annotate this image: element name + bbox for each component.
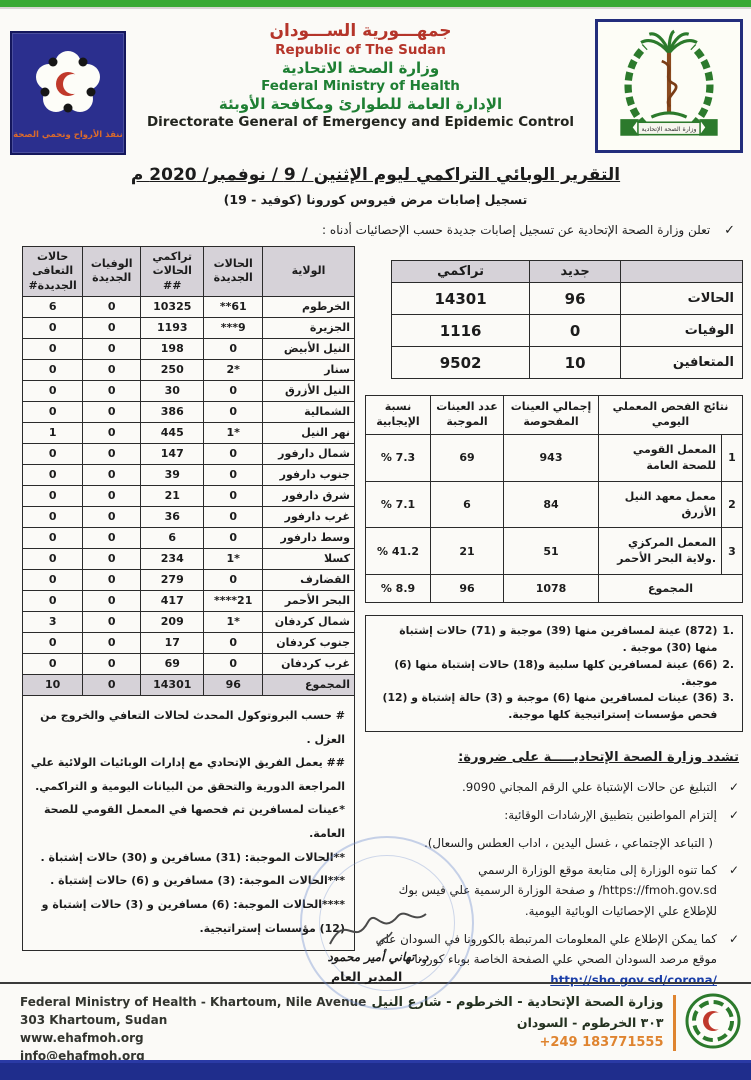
state-cumulative-cases: 209 — [141, 611, 204, 632]
state-new-cases: ****21 — [204, 590, 263, 611]
lab-positive-samples: 6 — [431, 481, 504, 528]
footer-right-group: وزارة الصحة الإتحادية - الخرطوم - شارع ا… — [371, 993, 741, 1063]
state-name: سنار — [263, 359, 355, 380]
state-new-recovered: 0 — [23, 548, 83, 569]
state-new-cases: 1* — [204, 422, 263, 443]
state-cumulative-cases: 69 — [141, 653, 204, 674]
state-cumulative-cases: 147 — [141, 443, 204, 464]
state-new-deaths: 0 — [83, 317, 141, 338]
advisory-text: التبليغ عن حالات الإشتباة علي الرقم المج… — [462, 777, 717, 798]
state-new-recovered: 0 — [23, 401, 83, 422]
states-col-cumulative-cases: تراكمي الحالات ## — [141, 247, 204, 297]
state-row: النيل الأبيض 0 198 0 0 — [23, 338, 355, 359]
summary-column: جديد تراكمي الحالات 96 14301 الوف — [365, 246, 743, 998]
state-row: نهر النيل 1* 445 0 1 — [23, 422, 355, 443]
state-row: الجزيرة ***9 1193 0 0 — [23, 317, 355, 338]
state-new-deaths: 0 — [83, 548, 141, 569]
state-name: غرب دارفور — [263, 506, 355, 527]
states-total-deaths: 0 — [83, 674, 141, 695]
state-cumulative-cases: 250 — [141, 359, 204, 380]
footnote-line: **الحالات الموجبة: (31) مسافرين و (30) ح… — [29, 846, 345, 870]
state-row: سنار 2* 250 0 0 — [23, 359, 355, 380]
lab-col-total-samples: إجمالي العينات المفحوصة — [504, 396, 599, 435]
state-new-recovered: 0 — [23, 590, 83, 611]
state-name: الخرطوم — [263, 296, 355, 317]
states-total-new: 96 — [204, 674, 263, 695]
state-new-deaths: 0 — [83, 422, 141, 443]
state-new-deaths: 0 — [83, 338, 141, 359]
report-title: التقرير الوبائي التراكمي ليوم الإثنين / … — [0, 165, 751, 185]
red-crescent-logo: ننقذ الأرواح ونحمي الصحة — [10, 31, 126, 155]
directorate-name-arabic: الإدارة العامة للطوارئ ومكافحة الأوبئة — [126, 95, 595, 114]
state-new-recovered: 0 — [23, 317, 83, 338]
footnote-line: ***الحالات الموجبة: (3) مسافرين و (6) حا… — [29, 869, 345, 893]
state-cumulative-cases: 1193 — [141, 317, 204, 338]
footnote-line: # حسب البروتوكول المحدث لحالات التعافي و… — [29, 704, 345, 751]
report-body: جديد تراكمي الحالات 96 14301 الوف — [0, 242, 751, 998]
state-new-deaths: 0 — [83, 401, 141, 422]
state-row: غرب كردفان 0 69 0 0 — [23, 653, 355, 674]
emblem-banner-text: وزارة الصحة الإتحادية — [642, 126, 697, 133]
country-name-arabic: جمهـــورية الســـودان — [126, 21, 595, 42]
state-new-recovered: 0 — [23, 569, 83, 590]
states-col-new-deaths: الوفيات الجديدة — [83, 247, 141, 297]
states-total-row: المجموع 96 14301 0 10 — [23, 674, 355, 695]
lab-notes-box: 1. (872) عينة لمسافرين منها (39) موجبة و… — [365, 615, 743, 731]
state-new-recovered: 0 — [23, 653, 83, 674]
directorate-name-english: Directorate General of Emergency and Epi… — [126, 114, 595, 131]
crescent-flower-icon — [29, 46, 107, 128]
state-new-cases: 0 — [204, 569, 263, 590]
lab-row: 3 المعمل المركزي .ولاية البحر الأحمر 51 … — [366, 528, 743, 575]
state-cumulative-cases: 279 — [141, 569, 204, 590]
state-row: شمال دارفور 0 147 0 0 — [23, 443, 355, 464]
state-new-cases: ***9 — [204, 317, 263, 338]
lab-name: المعمل المركزي .ولاية البحر الأحمر — [599, 528, 722, 575]
states-table: الولاية الحالات الجديدة تراكمي الحالات #… — [22, 246, 355, 696]
summary-cumulative-value: 1116 — [392, 315, 530, 347]
lab-total-samples: 84 — [504, 481, 599, 528]
lab-total-label: المجموع — [599, 575, 743, 603]
advisory-text: إلتزام المواطنين بتطبيق الإرشادات الوقائ… — [504, 805, 717, 826]
advisory-item: ✓ التبليغ عن حالات الإشتباة علي الرقم ال… — [365, 777, 739, 798]
state-cumulative-cases: 6 — [141, 527, 204, 548]
state-new-recovered: 3 — [23, 611, 83, 632]
ministry-emblem-footer-icon — [685, 993, 741, 1049]
lab-positive-samples: 69 — [431, 434, 504, 481]
state-row: وسط دارفور 0 6 0 0 — [23, 527, 355, 548]
footer-en-line: Federal Ministry of Health - Khartoum, N… — [20, 993, 366, 1011]
footer-ar-line2: ٣٠٣ الخرطوم - السودان — [371, 1013, 663, 1032]
lab-note-text: (66) عينة لمسافرين كلها سلبية و(18) حالا… — [374, 657, 717, 690]
lab-note-text: (872) عينة لمسافرين منها (39) موجبة و (7… — [374, 623, 717, 656]
footer-en-line: www.ehafmoh.org — [20, 1029, 366, 1047]
state-cumulative-cases: 445 — [141, 422, 204, 443]
state-name: كسلا — [263, 548, 355, 569]
lab-col-positivity-rate: نسبة الإيجابية — [366, 396, 431, 435]
advisory-heading: تشدد وزارة الصحة الإتحاديـــــة على ضرور… — [365, 750, 739, 765]
state-new-deaths: 0 — [83, 464, 141, 485]
state-cumulative-cases: 417 — [141, 590, 204, 611]
state-new-cases: 0 — [204, 485, 263, 506]
announcement-line: ✓ تعلن وزارة الصحة الإتحادية عن تسجيل إص… — [0, 223, 735, 238]
summary-col-new: جديد — [530, 261, 621, 283]
state-name: غرب كردفان — [263, 653, 355, 674]
lab-row: 2 معمل معهد النيل الأزرق 84 6 % 7.1 — [366, 481, 743, 528]
lab-results-table: نتائج الفحص المعملي اليومي إجمالي العينا… — [365, 395, 743, 603]
state-new-deaths: 0 — [83, 590, 141, 611]
lab-col-positive-samples: عدد العينات الموجبة — [431, 396, 504, 435]
checkmark-icon: ✓ — [724, 223, 735, 238]
lab-note-number: 1. — [722, 623, 734, 656]
footnote-line: ## يعمل الفريق الإتحادي مع إدارات الوبائ… — [29, 751, 345, 798]
summary-col-cumulative: تراكمي — [392, 261, 530, 283]
state-new-recovered: 0 — [23, 380, 83, 401]
lab-table-title: نتائج الفحص المعملي اليومي — [599, 396, 743, 435]
state-cumulative-cases: 21 — [141, 485, 204, 506]
states-col-state: الولاية — [263, 247, 355, 297]
state-row: جنوب كردفان 0 17 0 0 — [23, 632, 355, 653]
ministry-emblem: وزارة الصحة الإتحادية — [595, 19, 743, 153]
report-title-block: التقرير الوبائي التراكمي ليوم الإثنين / … — [0, 165, 751, 207]
state-cumulative-cases: 386 — [141, 401, 204, 422]
state-new-cases: 0 — [204, 632, 263, 653]
summary-new-value: 0 — [530, 315, 621, 347]
lab-total-positive-total: 96 — [431, 575, 504, 603]
lab-total-samples: 943 — [504, 434, 599, 481]
state-row: الشمالية 0 386 0 0 — [23, 401, 355, 422]
state-new-deaths: 0 — [83, 611, 141, 632]
state-name: الجزيرة — [263, 317, 355, 338]
state-new-recovered: 0 — [23, 443, 83, 464]
lab-note: 1. (872) عينة لمسافرين منها (39) موجبة و… — [374, 623, 734, 656]
state-name: جنوب كردفان — [263, 632, 355, 653]
summary-row-label: الحالات — [621, 283, 743, 315]
signatory-role: المدير العام — [331, 969, 402, 984]
state-name: شمال دارفور — [263, 443, 355, 464]
summary-row: المتعافين 10 9502 — [392, 347, 743, 379]
state-new-deaths: 0 — [83, 527, 141, 548]
state-row: شرق دارفور 0 21 0 0 — [23, 485, 355, 506]
state-new-cases: **61 — [204, 296, 263, 317]
state-new-cases: 2* — [204, 359, 263, 380]
lab-total-samples-total: 1078 — [504, 575, 599, 603]
state-new-recovered: 0 — [23, 527, 83, 548]
summary-row-label: المتعافين — [621, 347, 743, 379]
state-new-deaths: 0 — [83, 485, 141, 506]
checkmark-icon: ✓ — [729, 777, 739, 798]
lab-positivity-rate: % 7.3 — [366, 434, 431, 481]
state-cumulative-cases: 17 — [141, 632, 204, 653]
summary-row: الحالات 96 14301 — [392, 283, 743, 315]
state-new-cases: 0 — [204, 401, 263, 422]
state-name: جنوب دارفور — [263, 464, 355, 485]
state-cumulative-cases: 10325 — [141, 296, 204, 317]
state-name: القضارف — [263, 569, 355, 590]
report-subtitle: تسجيل إصابات مرض فيروس كورونا (كوفيد - 1… — [0, 192, 751, 207]
lab-total-samples: 51 — [504, 528, 599, 575]
summary-table: جديد تراكمي الحالات 96 14301 الوف — [391, 260, 743, 379]
state-new-recovered: 1 — [23, 422, 83, 443]
checkmark-icon: ✓ — [729, 805, 739, 826]
footer-en-line: 303 Khartoum, Sudan — [20, 1011, 366, 1029]
state-new-deaths: 0 — [83, 380, 141, 401]
states-total-recovered: 10 — [23, 674, 83, 695]
bottom-blue-bar — [0, 1060, 751, 1080]
logo-slogan: ننقذ الأرواح ونحمي الصحة — [13, 130, 123, 140]
lab-total-rate: % 8.9 — [366, 575, 431, 603]
summary-new-value: 10 — [530, 347, 621, 379]
lab-name: معمل معهد النيل الأزرق — [599, 481, 722, 528]
summary-cumulative-value: 9502 — [392, 347, 530, 379]
footer-address-arabic: وزارة الصحة الإتحادية - الخرطوم - شارع ا… — [371, 993, 663, 1053]
lab-note: 2. (66) عينة لمسافرين كلها سلبية و(18) ح… — [374, 657, 734, 690]
state-new-recovered: 0 — [23, 338, 83, 359]
state-new-deaths: 0 — [83, 506, 141, 527]
states-col-new-recovered: حالات التعافى الجديدة# — [23, 247, 83, 297]
state-new-deaths: 0 — [83, 443, 141, 464]
state-new-deaths: 0 — [83, 632, 141, 653]
state-name: نهر النيل — [263, 422, 355, 443]
announcement-text: تعلن وزارة الصحة الإتحادية عن تسجيل إصاب… — [322, 223, 710, 237]
state-new-recovered: 0 — [23, 506, 83, 527]
lab-note-number: 3. — [722, 690, 734, 723]
state-new-deaths: 0 — [83, 569, 141, 590]
lab-row: 1 المعمل القومي للصحة العامة 943 69 % 7.… — [366, 434, 743, 481]
state-name: شرق دارفور — [263, 485, 355, 506]
state-new-deaths: 0 — [83, 653, 141, 674]
summary-row: الوفيات 0 1116 — [392, 315, 743, 347]
lab-note-number: 2. — [722, 657, 734, 690]
state-row: غرب دارفور 0 36 0 0 — [23, 506, 355, 527]
state-row: كسلا 1* 234 0 0 — [23, 548, 355, 569]
state-new-recovered: 6 — [23, 296, 83, 317]
lab-row-number: 1 — [722, 434, 743, 481]
lab-name: المعمل القومي للصحة العامة — [599, 434, 722, 481]
signature-block: د. تهاني أمير محمود — [298, 906, 458, 964]
state-new-cases: 0 — [204, 443, 263, 464]
state-new-deaths: 0 — [83, 296, 141, 317]
state-cumulative-cases: 198 — [141, 338, 204, 359]
states-total-cumulative: 14301 — [141, 674, 204, 695]
wreath-palm-emblem-icon: وزارة الصحة الإتحادية — [610, 28, 728, 144]
states-col-new-cases: الحالات الجديدة — [204, 247, 263, 297]
country-name-english: Republic of The Sudan — [126, 42, 595, 59]
lab-positivity-rate: % 41.2 — [366, 528, 431, 575]
state-new-cases: 0 — [204, 338, 263, 359]
advisory-subtext: ( التباعد الإجتماعي ، غسل اليدين ، اداب … — [365, 833, 713, 853]
ministry-name-english: Federal Ministry of Health — [126, 78, 595, 95]
state-name: النيل الأبيض — [263, 338, 355, 359]
lab-positive-samples: 21 — [431, 528, 504, 575]
state-row: شمال كردفان 1* 209 0 3 — [23, 611, 355, 632]
page-footer: وزارة الصحة الإتحادية - الخرطوم - شارع ا… — [0, 982, 751, 1063]
state-new-cases: 1* — [204, 548, 263, 569]
checkmark-icon: ✓ — [729, 860, 739, 922]
footer-phone: +249 183771555 — [371, 1033, 663, 1053]
lab-row-number: 3 — [722, 528, 743, 575]
state-new-cases: 0 — [204, 527, 263, 548]
state-new-cases: 0 — [204, 653, 263, 674]
state-new-recovered: 0 — [23, 359, 83, 380]
state-new-recovered: 0 — [23, 485, 83, 506]
letterhead-titles: جمهـــورية الســـودان Republic of The Su… — [126, 19, 595, 130]
footer-ar-line1: وزارة الصحة الإتحادية - الخرطوم - شارع ا… — [371, 993, 663, 1013]
states-column: الولاية الحالات الجديدة تراكمي الحالات #… — [22, 246, 355, 951]
summary-row-label: الوفيات — [621, 315, 743, 347]
summary-new-value: 96 — [530, 283, 621, 315]
top-green-bar — [0, 0, 751, 9]
lab-positivity-rate: % 7.1 — [366, 481, 431, 528]
state-cumulative-cases: 234 — [141, 548, 204, 569]
footer-divider — [673, 995, 677, 1051]
state-new-cases: 1* — [204, 611, 263, 632]
lab-total-row: المجموع 1078 96 % 8.9 — [366, 575, 743, 603]
state-new-cases: 0 — [204, 506, 263, 527]
states-total-label: المجموع — [263, 674, 355, 695]
state-name: وسط دارفور — [263, 527, 355, 548]
state-row: البحر الأحمر ****21 417 0 0 — [23, 590, 355, 611]
state-name: النيل الأزرق — [263, 380, 355, 401]
state-cumulative-cases: 39 — [141, 464, 204, 485]
report-page: ننقذ الأرواح ونحمي الصحة جمهـــورية السـ… — [0, 0, 751, 1080]
signature-scribble-icon — [318, 906, 438, 952]
state-row: القضارف 0 279 0 0 — [23, 569, 355, 590]
lab-note: 3. (36) عينات لمسافرين منها (6) موجبة و … — [374, 690, 734, 723]
lab-note-text: (36) عينات لمسافرين منها (6) موجبة و (3)… — [374, 690, 717, 723]
state-name: البحر الأحمر — [263, 590, 355, 611]
footnote-line: *عينات لمسافرين تم فحصها في المعمل القوم… — [29, 798, 345, 845]
letterhead: ننقذ الأرواح ونحمي الصحة جمهـــورية السـ… — [0, 9, 751, 155]
summary-cumulative-value: 14301 — [392, 283, 530, 315]
state-cumulative-cases: 30 — [141, 380, 204, 401]
state-new-cases: 0 — [204, 464, 263, 485]
state-cumulative-cases: 36 — [141, 506, 204, 527]
state-row: الخرطوم **61 10325 0 6 — [23, 296, 355, 317]
state-new-recovered: 0 — [23, 464, 83, 485]
state-new-cases: 0 — [204, 380, 263, 401]
state-name: شمال كردفان — [263, 611, 355, 632]
state-row: النيل الأزرق 0 30 0 0 — [23, 380, 355, 401]
lab-row-number: 2 — [722, 481, 743, 528]
advisory-item: ✓ إلتزام المواطنين بتطبيق الإرشادات الوق… — [365, 805, 739, 826]
state-new-deaths: 0 — [83, 359, 141, 380]
state-name: الشمالية — [263, 401, 355, 422]
state-row: جنوب دارفور 0 39 0 0 — [23, 464, 355, 485]
summary-corner-cell — [621, 261, 743, 283]
ministry-name-arabic: وزارة الصحة الاتحادية — [126, 59, 595, 78]
state-new-recovered: 0 — [23, 632, 83, 653]
signatory-name: د. تهاني أمير محمود — [298, 950, 458, 964]
footer-address-english: Federal Ministry of Health - Khartoum, N… — [14, 993, 366, 1063]
